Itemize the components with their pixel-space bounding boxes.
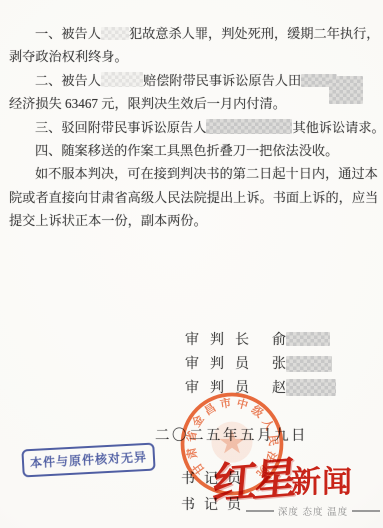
appeal-notice-line-3: 提交上诉状正本一份，副本两份。 xyxy=(9,209,377,232)
presiding-judge-name: 俞 xyxy=(272,333,286,348)
appeal-notice-line-1: 如不服本判决，可在接到判决书的第二日起十日内，通过本 xyxy=(9,162,377,185)
presiding-judge-row: 审判长俞 xyxy=(185,329,336,345)
line-text: 经济损失 63467 元，限判决生效后一月内付清。 xyxy=(9,96,286,111)
line-text: 四、随案移送的作案工具黑色折叠刀一把依法没收。 xyxy=(35,143,338,158)
line-text: 二、被告人 xyxy=(35,73,101,88)
line-text: 三、驳回附带民事诉讼原告人 xyxy=(35,120,206,135)
judge-row-1: 审判员张 xyxy=(185,353,336,369)
judgment-item-4-line-1: 四、随案移送的作案工具黑色折叠刀一把依法没收。 xyxy=(9,139,377,162)
redaction-blur xyxy=(286,379,336,396)
judgment-item-1-line-1: 一、被告人犯故意杀人罪，判处死刑，缓期二年执行， xyxy=(9,22,377,45)
line-text: 赔偿附带民事诉讼原告人田 xyxy=(143,73,301,88)
line-text: 院或者直接向甘肃省高级人民法院提出上诉。书面上诉的，应当 xyxy=(9,190,378,205)
line-text: 一、被告人 xyxy=(35,26,101,41)
brand-logo-calligraphy: 红星 xyxy=(211,456,296,509)
line-text: 提交上诉状正本一份，副本两份。 xyxy=(9,213,207,228)
judge-name: 赵 xyxy=(272,381,286,396)
redaction-blur xyxy=(286,356,332,372)
tagline-dash-left xyxy=(246,510,274,512)
judgment-item-2-line-2: 经济损失 63467 元，限判决生效后一月内付清。 xyxy=(9,92,377,115)
judge-name: 张 xyxy=(272,357,286,372)
line-text: 如不服本判决，可在接到判决书的第二日起十日内，通过本 xyxy=(35,166,378,181)
line-text: 其他诉讼请求。 xyxy=(292,120,383,135)
line-text: 剥夺政治权利终身。 xyxy=(9,49,128,64)
presiding-judge-label: 审判长 xyxy=(185,333,260,348)
verification-stamp: 本件与原件核对无异 xyxy=(21,443,155,478)
tagline-dash-right xyxy=(352,510,380,512)
court-judgment-photo: 一、被告人犯故意杀人罪，判处死刑，缓期二年执行， 剥夺政治权利终身。 二、被告人… xyxy=(0,0,383,528)
redaction-blur xyxy=(329,76,363,104)
appeal-notice-line-2: 院或者直接向甘肃省高级人民法院提出上诉。书面上诉的，应当 xyxy=(9,186,377,209)
redaction-blur xyxy=(206,119,292,134)
redaction-blur xyxy=(101,72,143,87)
brand-tagline: 深度 态度 温度 xyxy=(246,504,380,518)
brand-logo-text: 新闻 xyxy=(291,467,353,499)
judge-row-2: 审判员赵 xyxy=(185,377,336,393)
redaction-blur xyxy=(101,27,129,40)
line-text: 犯故意杀人罪，判处死刑，缓期二年执行， xyxy=(129,26,380,41)
judgment-date: 二〇二五年五月九日 xyxy=(155,424,308,445)
judgment-item-1-line-2: 剥夺政治权利终身。 xyxy=(9,45,377,68)
news-brand-watermark: 红星新闻 xyxy=(213,459,355,505)
signature-block: 审判长俞 审判员张 审判员赵 xyxy=(185,329,336,401)
judge-label: 审判员 xyxy=(185,381,260,396)
redaction-blur xyxy=(286,332,330,346)
judgment-body: 一、被告人犯故意杀人罪，判处死刑，缓期二年执行， 剥夺政治权利终身。 二、被告人… xyxy=(9,22,377,233)
judge-label: 审判员 xyxy=(185,357,260,372)
tagline-text: 深度 态度 温度 xyxy=(278,504,348,518)
judgment-item-2-line-1: 二、被告人赔偿附带民事诉讼原告人田、 xyxy=(9,69,377,92)
judgment-item-3-line-1: 三、驳回附带民事诉讼原告人其他诉讼请求。 xyxy=(9,116,377,139)
